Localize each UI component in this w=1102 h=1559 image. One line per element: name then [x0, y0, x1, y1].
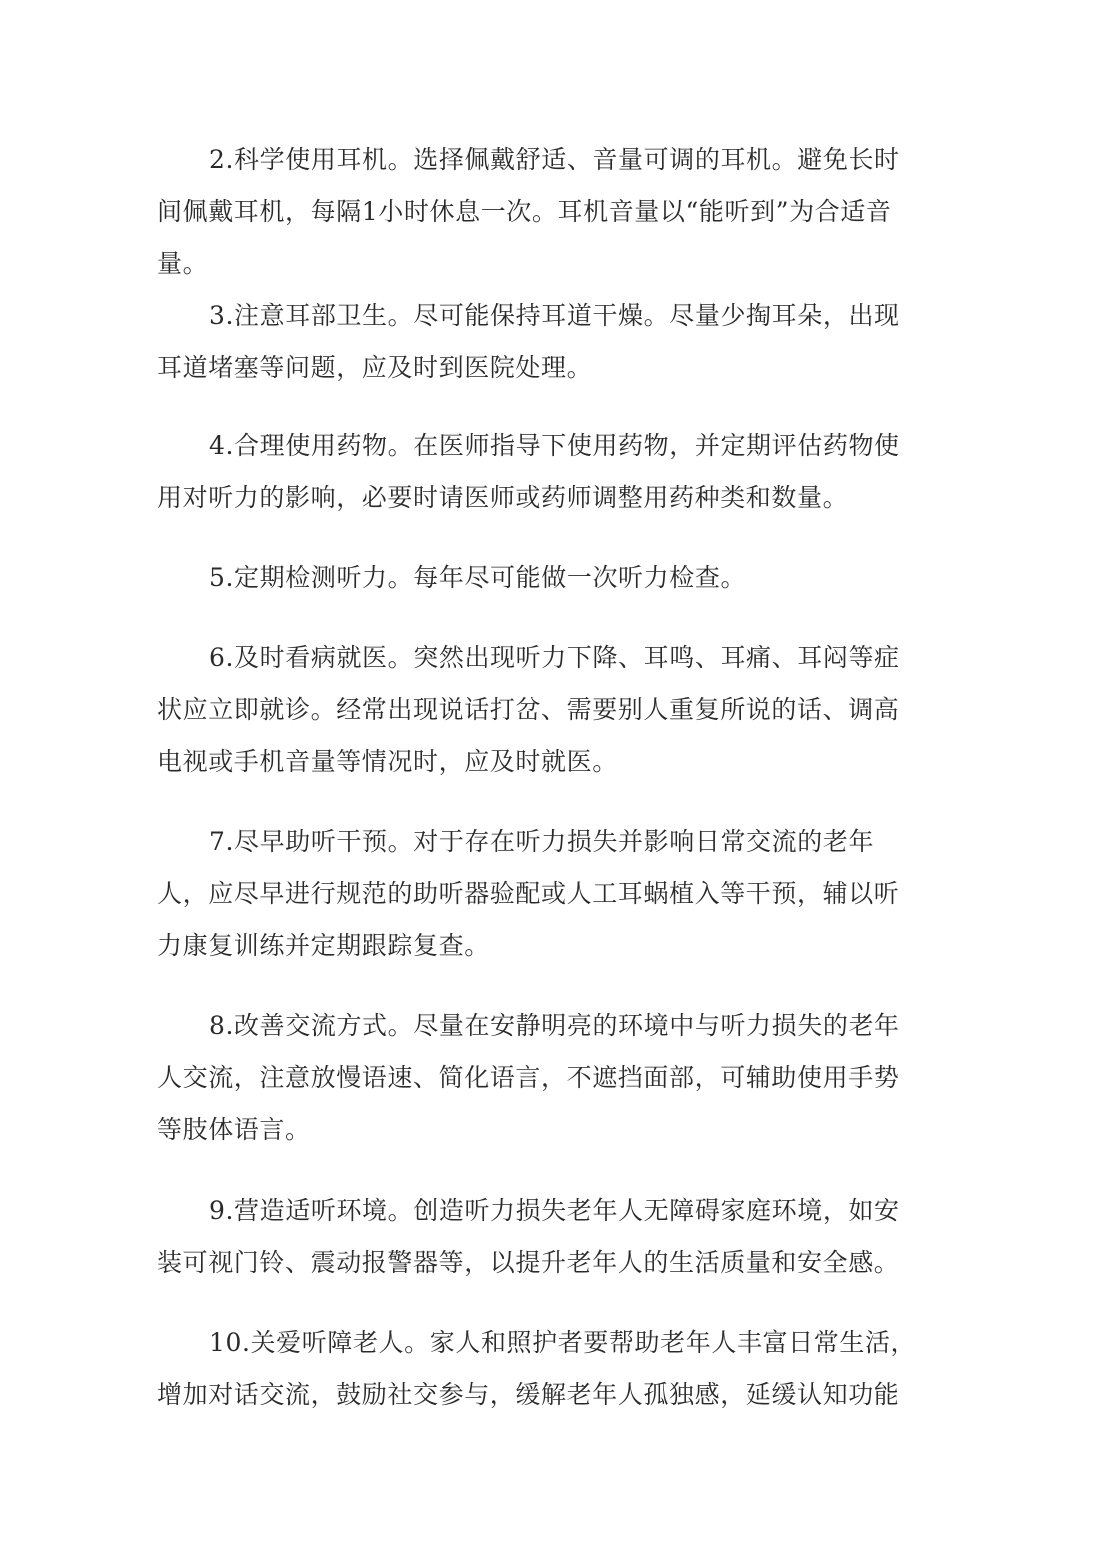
- document-page: 2.科学使用耳机。选择佩戴舒适、音量可调的耳机。避免长时 间佩戴耳机，每隔1小时…: [0, 0, 1102, 1559]
- paragraph-line: 状应立即就诊。经常出现说话打岔、需要别人重复所说的话、调高: [157, 684, 947, 736]
- paragraph-item-10: 10.关爱听障老人。家人和照护者要帮助老年人丰富日常生活， 增加对话交流，鼓励社…: [157, 1317, 947, 1421]
- paragraph-line: 量。: [157, 238, 947, 290]
- paragraph-line: 人交流，注意放慢语速、简化语言，不遮挡面部，可辅助使用手势: [157, 1052, 947, 1104]
- paragraph-line: 力康复训练并定期跟踪复查。: [157, 920, 947, 972]
- paragraph-line: 装可视门铃、震动报警器等，以提升老年人的生活质量和安全感。: [157, 1237, 947, 1289]
- paragraph-item-2: 2.科学使用耳机。选择佩戴舒适、音量可调的耳机。避免长时 间佩戴耳机，每隔1小时…: [157, 134, 947, 290]
- paragraph-line: 10.关爱听障老人。家人和照护者要帮助老年人丰富日常生活，: [157, 1317, 947, 1369]
- paragraph-line: 等肢体语言。: [157, 1104, 947, 1156]
- paragraph-item-7: 7.尽早助听干预。对于存在听力损失并影响日常交流的老年 人，应尽早进行规范的助听…: [157, 816, 947, 972]
- paragraph-line: 6.及时看病就医。突然出现听力下降、耳鸣、耳痛、耳闷等症: [157, 632, 947, 684]
- paragraph-item-9: 9.营造适听环境。创造听力损失老年人无障碍家庭环境，如安 装可视门铃、震动报警器…: [157, 1185, 947, 1289]
- paragraph-line: 增加对话交流，鼓励社交参与，缓解老年人孤独感，延缓认知功能: [157, 1369, 947, 1421]
- paragraph-item-3: 3.注意耳部卫生。尽可能保持耳道干燥。尽量少掏耳朵，出现 耳道堵塞等问题，应及时…: [157, 290, 947, 394]
- paragraph-item-4: 4.合理使用药物。在医师指导下使用药物，并定期评估药物使 用对听力的影响，必要时…: [157, 420, 947, 524]
- paragraph-line: 间佩戴耳机，每隔1小时休息一次。耳机音量以“能听到”为合适音: [157, 186, 947, 238]
- paragraph-line: 5.定期检测听力。每年尽可能做一次听力检查。: [157, 552, 947, 604]
- paragraph-line: 耳道堵塞等问题，应及时到医院处理。: [157, 342, 947, 394]
- paragraph-line: 3.注意耳部卫生。尽可能保持耳道干燥。尽量少掏耳朵，出现: [157, 290, 947, 342]
- paragraph-line: 7.尽早助听干预。对于存在听力损失并影响日常交流的老年: [157, 816, 947, 868]
- paragraph-item-8: 8.改善交流方式。尽量在安静明亮的环境中与听力损失的老年 人交流，注意放慢语速、…: [157, 1000, 947, 1156]
- paragraph-line: 电视或手机音量等情况时，应及时就医。: [157, 736, 947, 788]
- paragraph-item-6: 6.及时看病就医。突然出现听力下降、耳鸣、耳痛、耳闷等症 状应立即就诊。经常出现…: [157, 632, 947, 788]
- paragraph-item-5: 5.定期检测听力。每年尽可能做一次听力检查。: [157, 552, 947, 604]
- paragraph-line: 8.改善交流方式。尽量在安静明亮的环境中与听力损失的老年: [157, 1000, 947, 1052]
- paragraph-line: 2.科学使用耳机。选择佩戴舒适、音量可调的耳机。避免长时: [157, 134, 947, 186]
- paragraph-line: 用对听力的影响，必要时请医师或药师调整用药种类和数量。: [157, 472, 947, 524]
- paragraph-line: 9.营造适听环境。创造听力损失老年人无障碍家庭环境，如安: [157, 1185, 947, 1237]
- paragraph-line: 4.合理使用药物。在医师指导下使用药物，并定期评估药物使: [157, 420, 947, 472]
- paragraph-line: 人，应尽早进行规范的助听器验配或人工耳蜗植入等干预，辅以听: [157, 868, 947, 920]
